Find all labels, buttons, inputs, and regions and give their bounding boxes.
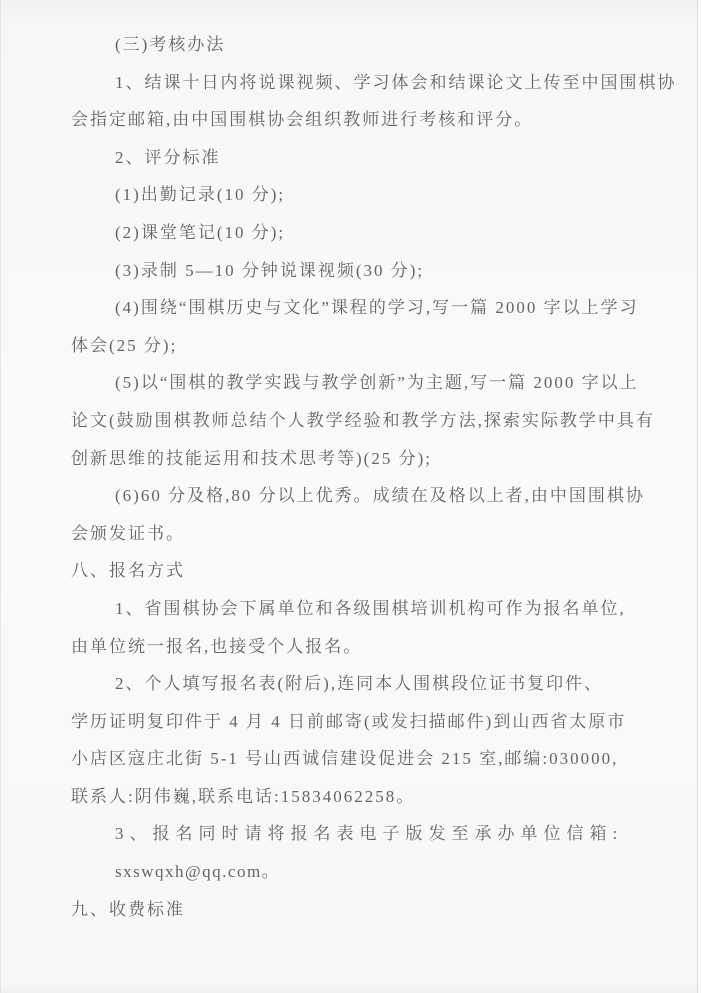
heading-assessment-methods: (三)考核办法 xyxy=(71,33,661,71)
text-line: 由单位统一报名,也接受个人报名。 xyxy=(71,635,661,673)
page-right-edge-line xyxy=(697,0,698,993)
scoring-item-thesis: (5)以“围棋的教学实践与教学创新”为主题,写一篇 2000 字以上 xyxy=(71,371,661,409)
scanned-document-page: (三)考核办法 1、结课十日内将说课视频、学习体会和结课论文上传至中国围棋协 会… xyxy=(0,0,702,993)
text-line: 学历证明复印件于 4 月 4 日前邮寄(或发扫描邮件)到山西省太原市 xyxy=(71,710,661,748)
mailing-address-line: 小店区寇庄北街 5-1 号山西诚信建设促进会 215 室,邮编:030000, xyxy=(71,747,661,785)
contact-email-line: sxswqxh@qq.com。 xyxy=(71,860,661,898)
heading-fee-standard: 九、收费标准 xyxy=(71,898,661,936)
registration-item-email-notice: 3、报名同时请将报名表电子版发至承办单位信箱: xyxy=(71,822,661,860)
contact-person-phone-line: 联系人:阴伟巍,联系电话:15834062258。 xyxy=(71,785,661,823)
heading-registration-method: 八、报名方式 xyxy=(71,559,661,597)
scoring-item-video: (3)录制 5—10 分钟说课视频(30 分); xyxy=(71,259,661,297)
text-line: 论文(鼓励围棋教师总结个人教学经验和教学方法,探索实际教学中具有 xyxy=(71,409,661,447)
registration-item-individual: 2、个人填写报名表(附后),连同本人围棋段位证书复印件、 xyxy=(71,672,661,710)
text-line: 1、结课十日内将说课视频、学习体会和结课论文上传至中国围棋协 xyxy=(71,71,661,109)
scoring-item-class-notes: (2)课堂笔记(10 分); xyxy=(71,221,661,259)
scoring-item-attendance: (1)出勤记录(10 分); xyxy=(71,183,661,221)
text-line: 会颁发证书。 xyxy=(71,522,661,560)
page-right-edge-strip xyxy=(698,0,702,993)
heading-scoring-criteria: 2、评分标准 xyxy=(71,146,661,184)
scoring-item-essay: (4)围绕“围棋历史与文化”课程的学习,写一篇 2000 字以上学习 xyxy=(71,296,661,334)
registration-item-unit: 1、省围棋协会下属单位和各级围棋培训机构可作为报名单位, xyxy=(71,597,661,635)
scoring-item-pass-criteria: (6)60 分及格,80 分以上优秀。成绩在及格以上者,由中国围棋协 xyxy=(71,484,661,522)
text-line: 创新思维的技能运用和技术思考等)(25 分); xyxy=(71,447,661,485)
text-line: 体会(25 分); xyxy=(71,334,661,372)
document-text-block: (三)考核办法 1、结课十日内将说课视频、学习体会和结课论文上传至中国围棋协 会… xyxy=(71,33,661,935)
text-line: 会指定邮箱,由中国围棋协会组织教师进行考核和评分。 xyxy=(71,108,661,146)
